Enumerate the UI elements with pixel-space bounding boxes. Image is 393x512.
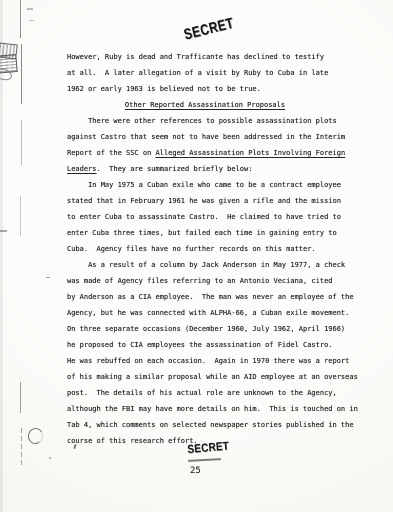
text-segment: although the FBI may have more details o… <box>67 405 358 413</box>
text-line: 1962 or early 1963 is believed not to be… <box>67 81 343 97</box>
text-line: he proposed to CIA employees the assassi… <box>67 337 343 353</box>
scan-line-artifact <box>20 196 21 236</box>
page-number: 25 <box>190 466 201 476</box>
text-segment: . They are summarized briefly below: <box>97 165 253 173</box>
text-segment: against Castro that seem not to have bee… <box>67 133 345 141</box>
ink-speck <box>29 20 34 21</box>
text-line: was made of Agency files referring to an… <box>67 273 343 289</box>
text-segment: by Anderson as a CIA employee. The man w… <box>67 293 354 301</box>
text-segment: was made of Agency files referring to an… <box>67 277 333 285</box>
text-segment: He was rebuffed on each occasion. Again … <box>67 357 349 365</box>
text-line: at all. A later allegation of a visit by… <box>67 65 343 81</box>
text-line: Other Reported Assassination Proposals <box>67 97 343 113</box>
text-line: enter Cuba three times, but failed each … <box>67 225 343 241</box>
text-line: to enter Cuba to assassinate Castro. He … <box>67 209 343 225</box>
text-line: As a result of a column by Jack Anderson… <box>67 257 343 273</box>
text-segment: stated that in February 1961 he was give… <box>67 197 341 205</box>
text-line: There were other references to possible … <box>67 113 343 129</box>
text-segment: Tab 4, which comments on selected newspa… <box>67 421 354 429</box>
text-segment: Cuba. Agency files have no further recor… <box>67 245 316 253</box>
text-line: On three separate occasions (December 19… <box>67 321 343 337</box>
text-line: Report of the SSC on Alleged Assassinati… <box>67 145 343 161</box>
text-segment: As a result of a column by Jack Anderson… <box>67 261 345 269</box>
scan-line-artifact <box>20 0 21 38</box>
text-segment: Agency, but he was connected with ALPHA-… <box>67 309 349 317</box>
text-segment: course of this research effort. <box>67 437 198 445</box>
text-segment: 1962 or early 1963 is believed not to be… <box>67 85 261 93</box>
secret-stamp-top: SECRET <box>182 14 235 43</box>
scan-line-artifact <box>21 428 22 465</box>
hole-punch-mark <box>27 427 45 446</box>
document-text-block: However, Ruby is dead and Trafficante ha… <box>67 49 343 449</box>
text-line: although the FBI may have more details o… <box>67 401 343 417</box>
ink-speck <box>27 8 33 10</box>
text-line: He was rebuffed on each occasion. Again … <box>67 353 343 369</box>
text-segment: enter Cuba three times, but failed each … <box>67 229 337 237</box>
margin-stamp-artifact <box>0 42 26 80</box>
text-line: by Anderson as a CIA employee. The man w… <box>67 289 343 305</box>
text-line: However, Ruby is dead and Trafficante ha… <box>67 49 343 65</box>
text-line: against Castro that seem not to have bee… <box>67 129 343 145</box>
text-line: Agency, but he was connected with ALPHA-… <box>67 305 343 321</box>
ink-speck <box>49 457 51 459</box>
scanned-document-page: SECRET However, Ruby is dead and Traffic… <box>0 0 393 512</box>
text-segment: post. The details of his actual role are… <box>67 389 337 397</box>
text-segment: In May 1975 a Cuban exile who came to be… <box>67 181 341 189</box>
underlined-text: Leaders <box>67 165 97 173</box>
text-line: In May 1975 a Cuban exile who came to be… <box>67 177 343 193</box>
text-segment: at all. A later allegation of a visit by… <box>67 69 328 77</box>
text-line: stated that in February 1961 he was give… <box>67 193 343 209</box>
ink-speck <box>46 277 50 278</box>
text-line: post. The details of his actual role are… <box>67 385 343 401</box>
text-segment: he proposed to CIA employees the assassi… <box>67 341 333 349</box>
text-line: Leaders. They are summarized briefly bel… <box>67 161 343 177</box>
text-segment: On three separate occasions (December 19… <box>67 325 345 333</box>
text-line: of his making a similar proposal while a… <box>67 369 343 385</box>
scan-line-artifact <box>21 120 22 165</box>
text-segment: Report of the SSC on <box>67 149 156 157</box>
scan-line-artifact <box>20 382 21 413</box>
stamp-underline-mark <box>188 458 221 461</box>
secret-stamp-bottom: SECRET <box>187 440 230 456</box>
text-line: Cuba. Agency files have no further recor… <box>67 241 343 257</box>
text-segment: However, Ruby is dead and Trafficante ha… <box>67 53 324 61</box>
text-line: Tab 4, which comments on selected newspa… <box>67 417 343 433</box>
ink-speck <box>0 230 7 232</box>
underlined-text: Alleged Assassination Plots Involving Fo… <box>156 149 346 157</box>
text-segment: to enter Cuba to assassinate Castro. He … <box>67 213 341 221</box>
text-segment: There were other references to possible … <box>67 117 337 125</box>
underlined-text: Other Reported Assassination Proposals <box>125 101 285 109</box>
text-segment: of his making a similar proposal while a… <box>67 373 358 381</box>
